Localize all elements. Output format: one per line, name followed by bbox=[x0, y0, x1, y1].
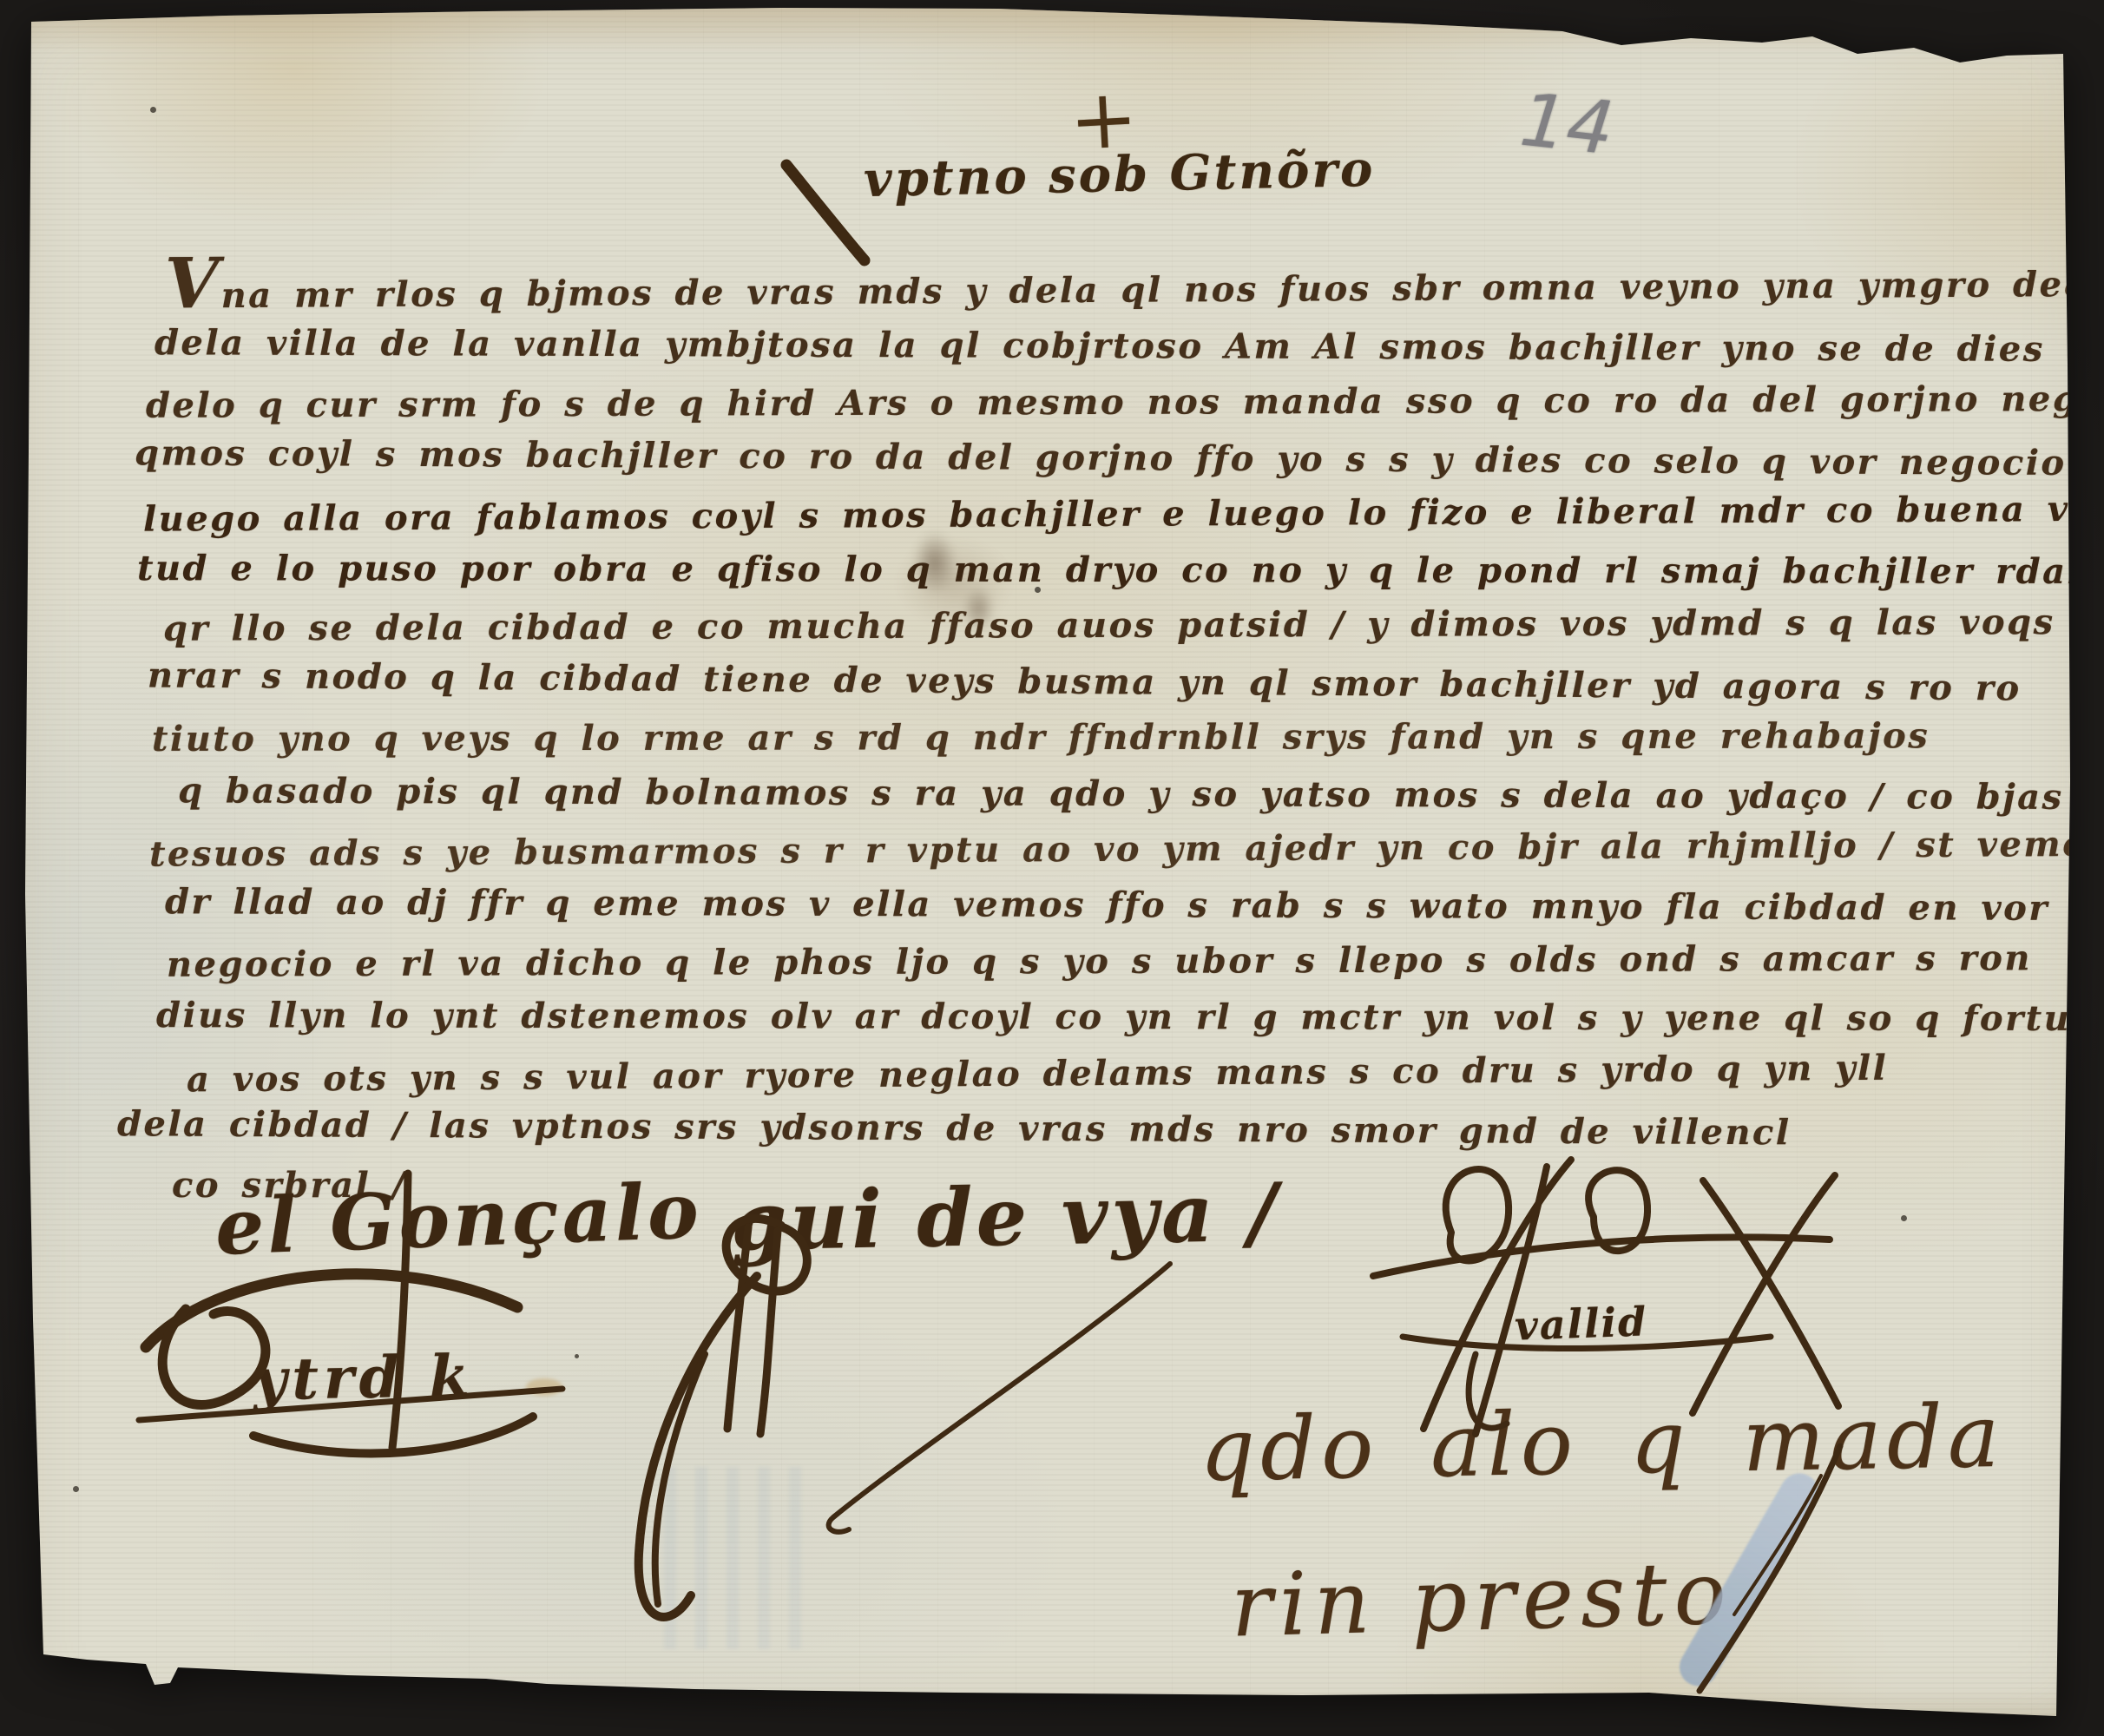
paper-speck bbox=[73, 1486, 79, 1492]
bleed-through-smear bbox=[664, 1467, 803, 1649]
long-flourish-stroke bbox=[829, 1264, 1170, 1532]
body-text: Vna mr rlos q bjmos de vras mds y dela q… bbox=[130, 250, 2022, 1213]
paper-speck bbox=[575, 1354, 579, 1358]
signature-middle: gui de vya / bbox=[730, 1165, 1281, 1268]
body-line: nrar s nodo q la cibdad tiene de veys bu… bbox=[148, 648, 2022, 716]
left-rubric-underline bbox=[253, 1417, 533, 1453]
left-rubric-loop bbox=[162, 1309, 266, 1404]
paper-speck bbox=[1901, 1215, 1907, 1221]
right-rubric-cross-stroke bbox=[1703, 1180, 1838, 1406]
signature-left-rubric-text: ytrd k bbox=[253, 1342, 475, 1413]
signature-left: el Gonçalo bbox=[214, 1165, 703, 1272]
paper-speck bbox=[1035, 587, 1041, 593]
body-line: delo q cur srm fo s de q hird Ars o mesm… bbox=[146, 372, 2022, 434]
body-line: tiuto yno q veys q lo rme ar s rd q ndr … bbox=[152, 708, 2022, 767]
left-rubric-arc bbox=[146, 1274, 517, 1347]
paper-stain bbox=[526, 1378, 562, 1396]
body-line: tud e lo puso por obra e qfiso lo q man … bbox=[137, 541, 2022, 600]
right-rubric-crossbar bbox=[1373, 1237, 1830, 1276]
body-line: qmos coyl s mos bachjller co ro da del g… bbox=[135, 426, 2022, 492]
body-line: q basado pis ql qnd bolnamos s ra ya qdo… bbox=[178, 763, 2022, 825]
body-line: negocio e rl va dicho q le phos ljo q s … bbox=[167, 930, 2022, 993]
body-line: Vna mr rlos q bjmos de vras mds y dela q… bbox=[165, 244, 2022, 324]
paper-shadow-wrap: + 14 vptno sob Gtnõro Vna mr rlos q bjmo… bbox=[0, 0, 2104, 1736]
body-line: dr llad ao dj ffr q eme mos v ella vemos… bbox=[165, 875, 2022, 937]
body-line: tesuos ads s ye busmarmos s r r vptu ao … bbox=[149, 817, 2022, 883]
heading-lead-stroke bbox=[786, 165, 865, 260]
signature-right-rubric-text: vallid bbox=[1514, 1298, 1648, 1349]
closing-line-2: rin presto bbox=[1230, 1542, 1735, 1656]
body-line: qr llo se dela cibdad e co mucha ffaso a… bbox=[163, 595, 2022, 658]
paper-speck bbox=[150, 107, 156, 113]
body-line: dela villa de la vanlla ymbjtosa la ql c… bbox=[155, 316, 2022, 378]
manuscript-paper: + 14 vptno sob Gtnõro Vna mr rlos q bjmo… bbox=[0, 0, 2104, 1736]
folio-number: 14 bbox=[1516, 77, 1618, 172]
closing-line-1: qdo alo q mada bbox=[1199, 1385, 2005, 1501]
body-line: luego alla ora fablamos coyl s mos bachj… bbox=[143, 482, 2022, 548]
photo-backdrop: + 14 vptno sob Gtnõro Vna mr rlos q bjmo… bbox=[0, 0, 2104, 1736]
body-line: dela cibdad / las vptnos srs ydsonrs de … bbox=[117, 1096, 2022, 1162]
body-line: dius llyn lo ynt dstenemos olv ar dcoyl … bbox=[156, 988, 2022, 1047]
heading-line: vptno sob Gtnõro bbox=[863, 141, 1376, 208]
